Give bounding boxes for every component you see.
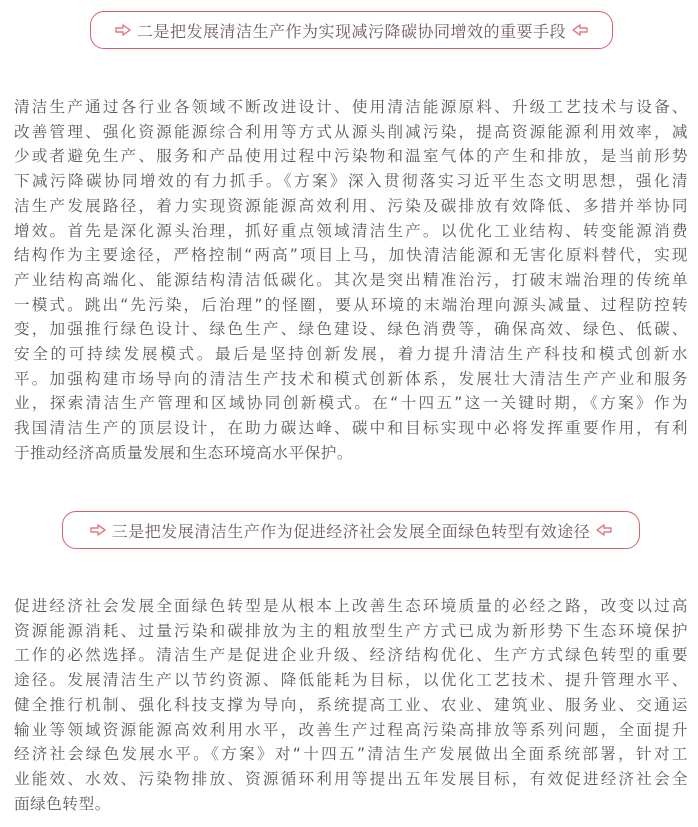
paragraph-line: 促进经济社会发展全面绿色转型是从根本上改善生态环境质量的必经之路，改变以过高 bbox=[14, 594, 688, 619]
hollow-right-arrow-icon bbox=[90, 524, 106, 536]
paragraph-line: 安全的可持续发展模式。最后是坚持创新发展，着力提升清洁生产科技和模式创新水 bbox=[14, 342, 688, 367]
paragraph-line: 少或者避免生产、服务和产品使用过程中污染物和温室气体的产生和排放，是当前形势 bbox=[14, 144, 688, 169]
paragraph-line: 面绿色转型。 bbox=[14, 792, 688, 817]
paragraph-line: 途径。发展清洁生产以节约资源、降低能耗为目标，以优化工艺技术、提升管理水平、 bbox=[14, 668, 688, 693]
hollow-right-arrow-icon bbox=[115, 24, 131, 36]
section-heading-text: 二是把发展清洁生产作为实现减污降碳协同增效的重要手段 bbox=[137, 19, 566, 42]
paragraph-line: 资源能源消耗、过量污染和碳排放为主的粗放型生产方式已成为新形势下生态环境保护 bbox=[14, 619, 688, 644]
paragraph-line: 清洁生产通过各行业各领域不断改进设计、使用清洁能源原料、升级工艺技术与设备、 bbox=[14, 95, 688, 120]
paragraph-line: 业能效、水效、污染物排放、资源循环利用等提出五年发展目标，有效促进经济社会全 bbox=[14, 767, 688, 792]
paragraph-line: 经济社会绿色发展水平。《方案》对“十四五”清洁生产发展做出全面系统部署，针对工 bbox=[14, 742, 688, 767]
hollow-left-arrow-icon bbox=[572, 24, 588, 36]
paragraph-line: 业，探索清洁生产管理和区域协同创新模式。在“十四五”这一关键时期，《方案》作为 bbox=[14, 391, 688, 416]
section-heading-3: 三是把发展清洁生产作为促进经济社会发展全面绿色转型有效途径 bbox=[62, 511, 640, 549]
section-paragraph-3: 促进经济社会发展全面绿色转型是从根本上改善生态环境质量的必经之路，改变以过高资源… bbox=[14, 594, 688, 816]
paragraph-line: 下减污降碳协同增效的有力抓手。《方案》深入贯彻落实习近平生态文明思想，强化清 bbox=[14, 169, 688, 194]
paragraph-line: 健全推行机制、强化科技支撑为导向，系统提高工业、农业、建筑业、服务业、交通运 bbox=[14, 693, 688, 718]
paragraph-line: 变，加强推行绿色设计、绿色生产、绿色建设、绿色消费等，确保高效、绿色、低碳、 bbox=[14, 317, 688, 342]
section-heading-2: 二是把发展清洁生产作为实现减污降碳协同增效的重要手段 bbox=[90, 11, 613, 49]
paragraph-line: 于推动经济高质量发展和生态环境高水平保护。 bbox=[14, 441, 688, 466]
paragraph-line: 增效。首先是深化源头治理，抓好重点领域清洁生产。以优化工业结构、转变能源消费 bbox=[14, 219, 688, 244]
section-paragraph-2: 清洁生产通过各行业各领域不断改进设计、使用清洁能源原料、升级工艺技术与设备、改善… bbox=[14, 95, 688, 466]
paragraph-line: 一模式。跳出“先污染，后治理”的怪圈，要从环境的末端治理向源头减量、过程防控转 bbox=[14, 293, 688, 318]
paragraph-line: 输业等领域资源能源高效利用水平，改善生产过程高污染高排放等系列问题，全面提升 bbox=[14, 718, 688, 743]
section-heading-text: 三是把发展清洁生产作为促进经济社会发展全面绿色转型有效途径 bbox=[112, 519, 591, 542]
paragraph-line: 我国清洁生产的顶层设计，在助力碳达峰、碳中和目标实现中必将发挥重要作用，有利 bbox=[14, 416, 688, 441]
paragraph-line: 改善管理、强化资源能源综合利用等方式从源头削减污染，提高资源能源利用效率，减 bbox=[14, 120, 688, 145]
hollow-left-arrow-icon bbox=[596, 524, 612, 536]
paragraph-line: 结构作为主要途径，严格控制“两高”项目上马，加快清洁能源和无害化原料替代，实现 bbox=[14, 243, 688, 268]
paragraph-line: 产业结构高端化、能源结构清洁低碳化。其次是突出精准治污，打破末端治理的传统单 bbox=[14, 268, 688, 293]
paragraph-line: 工作的必然选择。清洁生产是促进企业升级、经济结构优化、生产方式绿色转型的重要 bbox=[14, 643, 688, 668]
paragraph-line: 平。加强构建市场导向的清洁生产技术和模式创新体系，发展壮大清洁生产产业和服务 bbox=[14, 367, 688, 392]
paragraph-line: 洁生产发展路径，着力实现资源能源高效利用、污染及碳排放有效降低、多措并举协同 bbox=[14, 194, 688, 219]
